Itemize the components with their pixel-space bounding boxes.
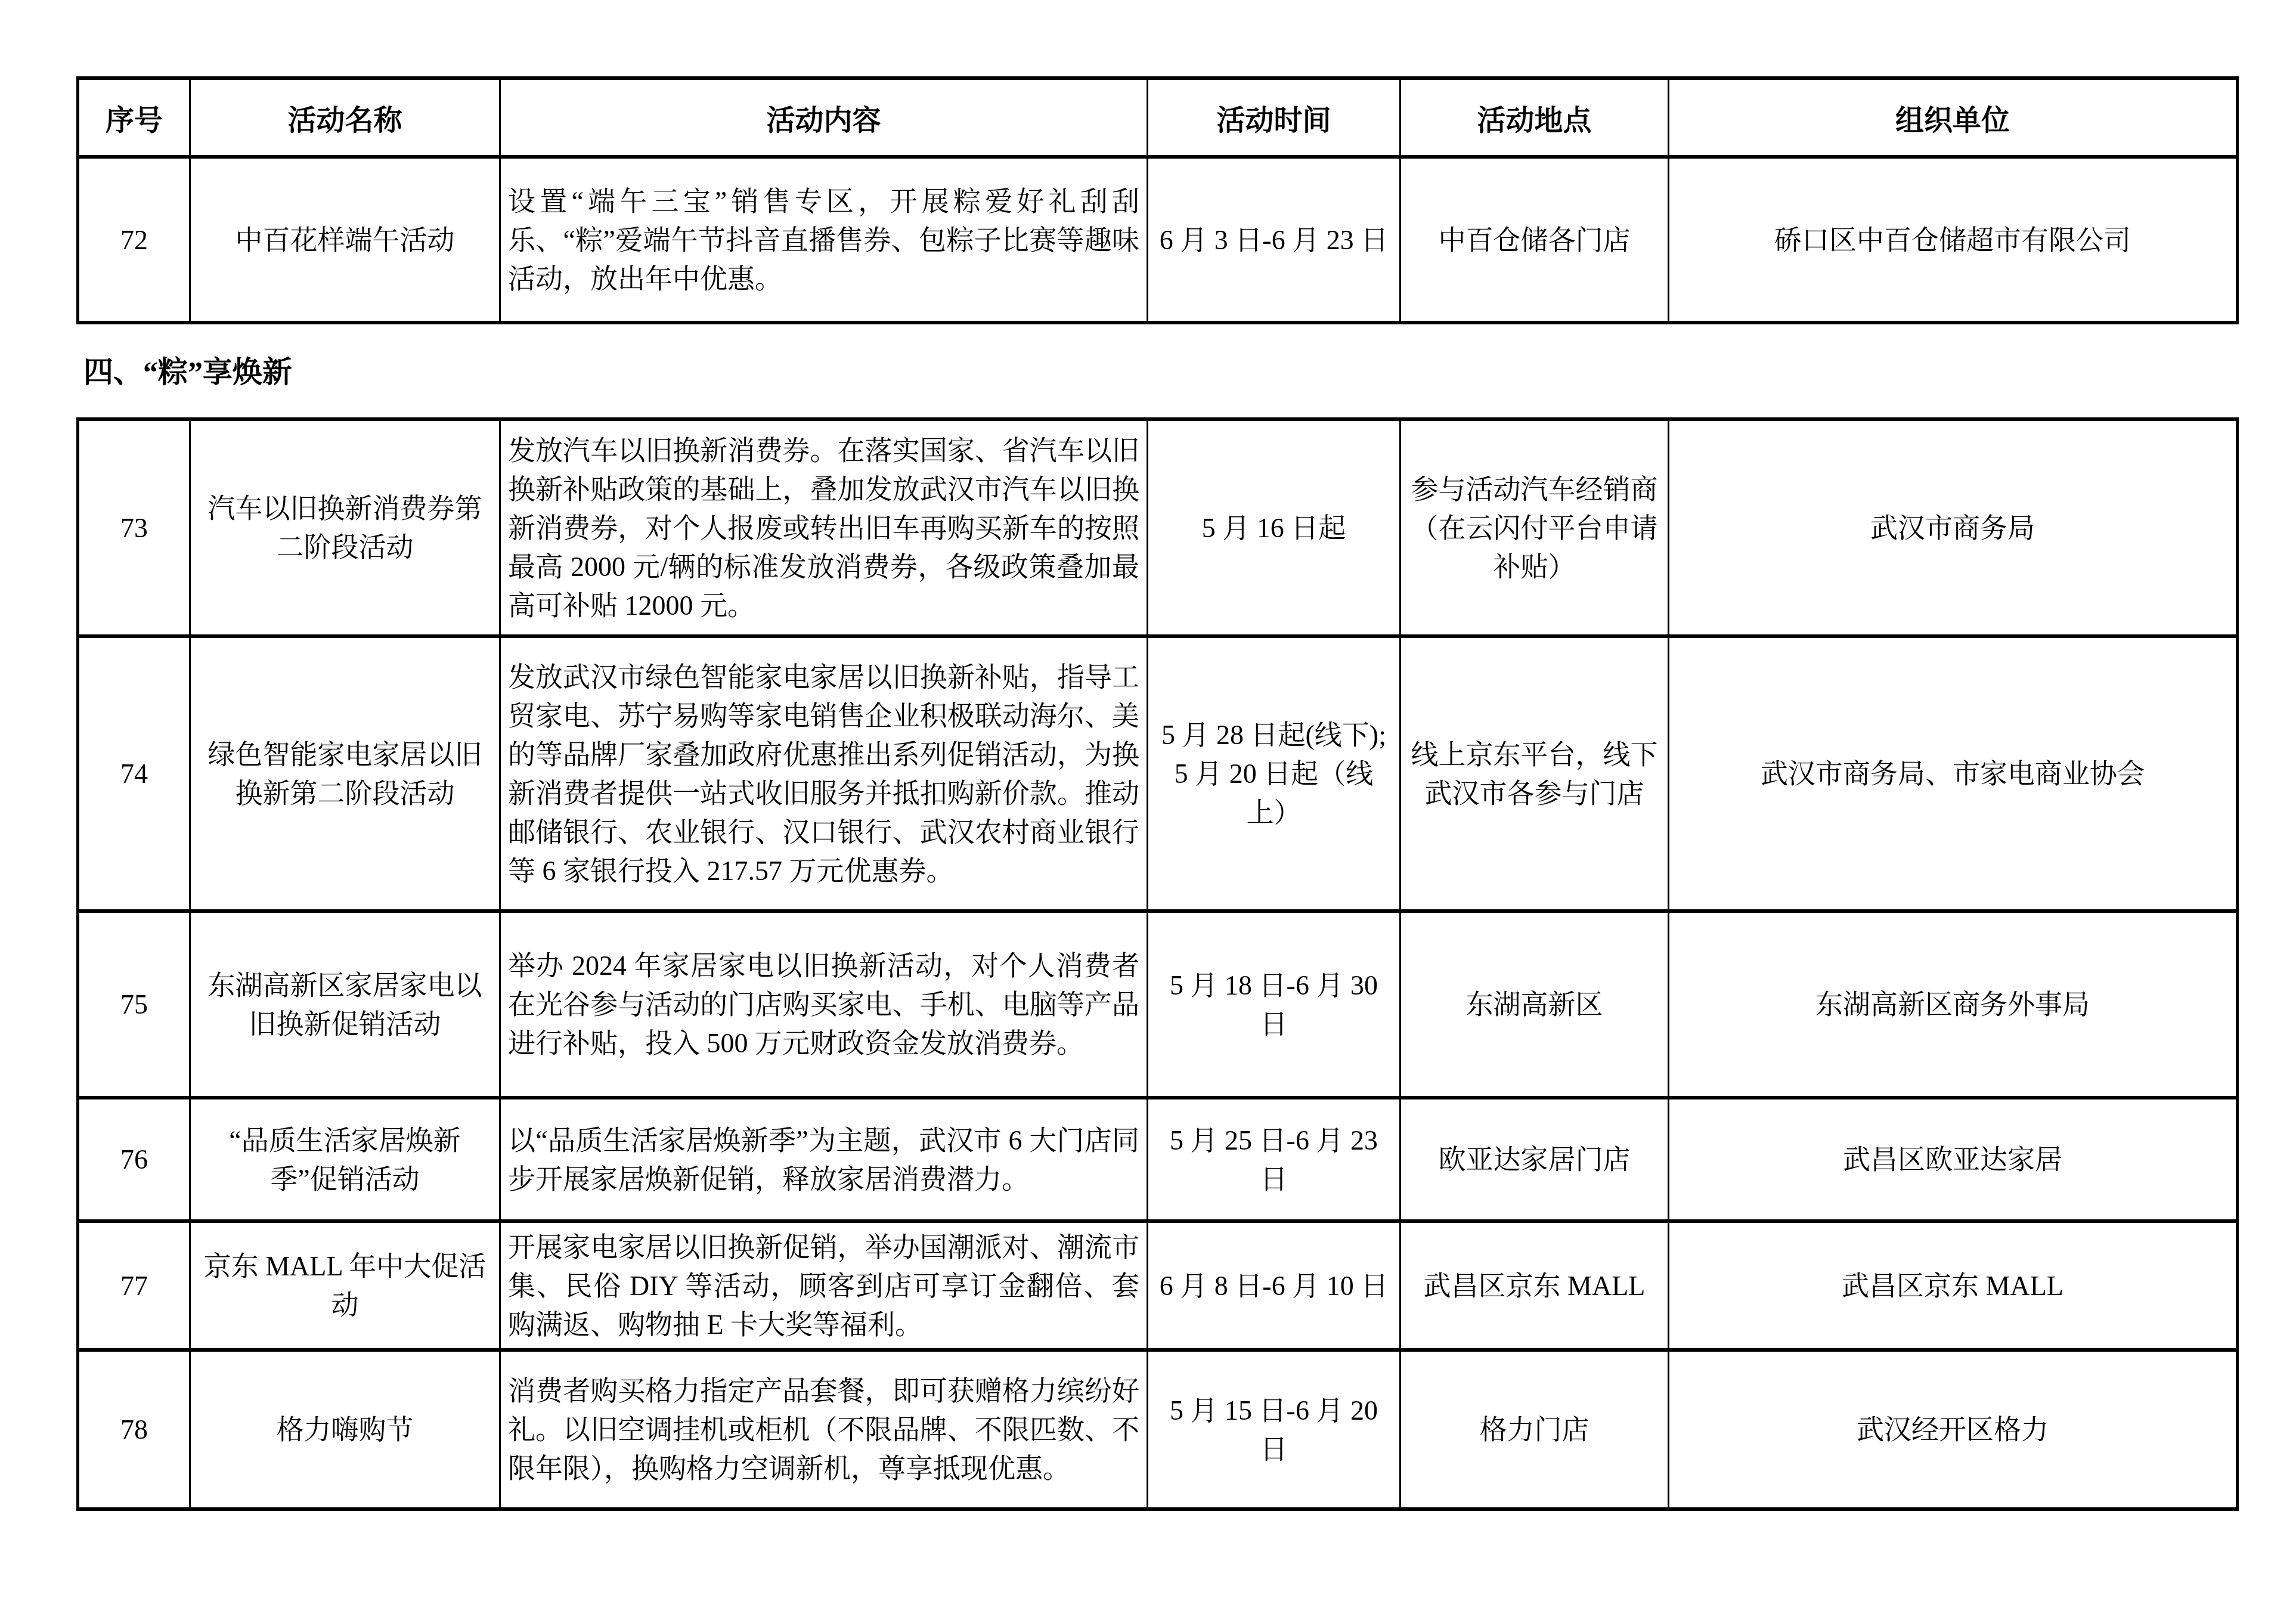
header-name: 活动名称	[190, 78, 500, 157]
cell-no: 77	[78, 1221, 190, 1350]
table-row: 76 “品质生活家居焕新季”促销活动 以“品质生活家居焕新季”为主题，武汉市 6…	[78, 1098, 2238, 1221]
cell-name: “品质生活家居焕新季”促销活动	[190, 1098, 500, 1221]
cell-no: 72	[78, 157, 190, 323]
cell-organizer: 武汉市商务局、市家电商业协会	[1669, 636, 2238, 911]
cell-content: 以“品质生活家居焕新季”为主题，武汉市 6 大门店同步开展家居焕新促销，释放家居…	[500, 1098, 1148, 1221]
cell-time: 5 月 16 日起	[1148, 419, 1400, 636]
cell-time: 5 月 15 日-6 月 20 日	[1148, 1350, 1400, 1509]
cell-content: 发放武汉市绿色智能家电家居以旧换新补贴，指导工贸家电、苏宁易购等家电销售企业积极…	[500, 636, 1148, 911]
activities-table-top: 序号 活动名称 活动内容 活动时间 活动地点 组织单位 72 中百花样端午活动 …	[76, 76, 2239, 324]
cell-no: 76	[78, 1098, 190, 1221]
cell-no: 78	[78, 1350, 190, 1509]
cell-time: 6 月 8 日-6 月 10 日	[1148, 1221, 1400, 1350]
header-location: 活动地点	[1400, 78, 1669, 157]
table-row: 78 格力嗨购节 消费者购买格力指定产品套餐，即可获赠格力缤纷好礼。以旧空调挂机…	[78, 1350, 2238, 1509]
cell-name: 绿色智能家电家居以旧换新第二阶段活动	[190, 636, 500, 911]
header-organizer: 组织单位	[1669, 78, 2238, 157]
cell-location: 中百仓储各门店	[1400, 157, 1669, 323]
cell-time: 5 月 28 日起(线下); 5 月 20 日起（线上）	[1148, 636, 1400, 911]
cell-organizer: 武昌区京东 MALL	[1669, 1221, 2238, 1350]
cell-organizer: 硚口区中百仓储超市有限公司	[1669, 157, 2238, 323]
cell-location: 线上京东平台，线下武汉市各参与门店	[1400, 636, 1669, 911]
header-no: 序号	[78, 78, 190, 157]
section-title: 四、“粽”享焕新	[83, 322, 2111, 417]
header-content: 活动内容	[500, 78, 1148, 157]
cell-name: 中百花样端午活动	[190, 157, 500, 323]
activities-table-main: 73 汽车以旧换新消费券第二阶段活动 发放汽车以旧换新消费券。在落实国家、省汽车…	[76, 417, 2239, 1511]
cell-name: 格力嗨购节	[190, 1350, 500, 1509]
cell-no: 74	[78, 636, 190, 911]
header-time: 活动时间	[1148, 78, 1400, 157]
cell-location: 欧亚达家居门店	[1400, 1098, 1669, 1221]
cell-no: 73	[78, 419, 190, 636]
cell-location: 东湖高新区	[1400, 911, 1669, 1098]
cell-organizer: 武昌区欧亚达家居	[1669, 1098, 2238, 1221]
table-row: 77 京东 MALL 年中大促活动 开展家电家居以旧换新促销，举办国潮派对、潮流…	[78, 1221, 2238, 1350]
table-row: 74 绿色智能家电家居以旧换新第二阶段活动 发放武汉市绿色智能家电家居以旧换新补…	[78, 636, 2238, 911]
cell-name: 京东 MALL 年中大促活动	[190, 1221, 500, 1350]
cell-location: 武昌区京东 MALL	[1400, 1221, 1669, 1350]
cell-time: 6 月 3 日-6 月 23 日	[1148, 157, 1400, 323]
cell-name: 东湖高新区家居家电以旧换新促销活动	[190, 911, 500, 1098]
cell-content: 发放汽车以旧换新消费券。在落实国家、省汽车以旧换新补贴政策的基础上，叠加发放武汉…	[500, 419, 1148, 636]
cell-content: 举办 2024 年家居家电以旧换新活动，对个人消费者在光谷参与活动的门店购买家电…	[500, 911, 1148, 1098]
cell-organizer: 武汉经开区格力	[1669, 1350, 2238, 1509]
cell-name: 汽车以旧换新消费券第二阶段活动	[190, 419, 500, 636]
table-row: 72 中百花样端午活动 设置“端午三宝”销售专区，开展粽爱好礼刮刮乐、“粽”爱端…	[78, 157, 2238, 323]
table-row: 75 东湖高新区家居家电以旧换新促销活动 举办 2024 年家居家电以旧换新活动…	[78, 911, 2238, 1098]
cell-location: 格力门店	[1400, 1350, 1669, 1509]
cell-location: 参与活动汽车经销商（在云闪付平台申请补贴）	[1400, 419, 1669, 636]
header-row: 序号 活动名称 活动内容 活动时间 活动地点 组织单位	[78, 78, 2238, 157]
cell-organizer: 武汉市商务局	[1669, 419, 2238, 636]
cell-organizer: 东湖高新区商务外事局	[1669, 911, 2238, 1098]
cell-content: 设置“端午三宝”销售专区，开展粽爱好礼刮刮乐、“粽”爱端午节抖音直播售券、包粽子…	[500, 157, 1148, 323]
cell-no: 75	[78, 911, 190, 1098]
cell-content: 消费者购买格力指定产品套餐，即可获赠格力缤纷好礼。以旧空调挂机或柜机（不限品牌、…	[500, 1350, 1148, 1509]
cell-content: 开展家电家居以旧换新促销，举办国潮派对、潮流市集、民俗 DIY 等活动，顾客到店…	[500, 1221, 1148, 1350]
cell-time: 5 月 18 日-6 月 30 日	[1148, 911, 1400, 1098]
table-row: 73 汽车以旧换新消费券第二阶段活动 发放汽车以旧换新消费券。在落实国家、省汽车…	[78, 419, 2238, 636]
cell-time: 5 月 25 日-6 月 23 日	[1148, 1098, 1400, 1221]
